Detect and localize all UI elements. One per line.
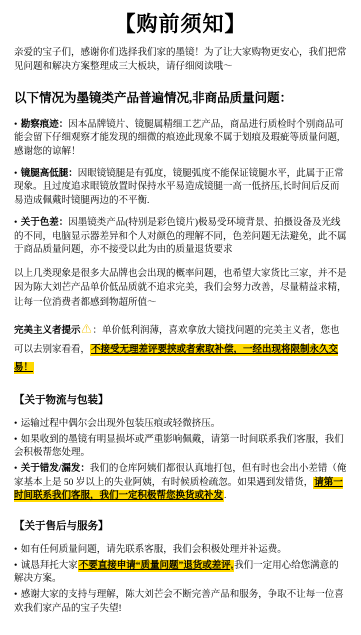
refund-request-highlight: 不要直接申请“质量问题”退货或差评, (78, 560, 234, 572)
bullet-thanks: • 感谢大家的支持与理解，陈大刘芒会不断完善产品和服务，争取不让每一位喜欢我们家… (14, 589, 347, 616)
bullet-suffix: . (224, 491, 226, 501)
bullet-shipping-dents: • 运输过程中偶尔会出现外包装压痕或轻微挤压。 (14, 418, 347, 431)
bullet-text: 如有任何质量问题，请先联系客服，我们会积极处理并补运费。 (21, 545, 287, 555)
warning-icon: ⚠ (81, 325, 93, 336)
logistics-heading: 【关于物流与包装】 (14, 392, 347, 407)
bullet-dot: • (14, 561, 18, 571)
bullet-no-direct-refund: • 诚恳拜托大家不要直接申请“质量问题”退货或差评,我们一定用心给您满意的解决方… (14, 560, 347, 587)
perfectionist-warning: 完美主义者提示⚠：单价低利润薄，喜欢拿放大镜找问题的完美主义者，您也可以去别家看… (14, 321, 347, 378)
bullet-term: 关于色差： (21, 218, 69, 228)
bullet-dot: • (14, 218, 18, 228)
bullet-wrong-shipment: • 关于错发/漏发：我们的仓库阿姨们都很认真地打包，但有时也会出小差错（俺家基本… (14, 463, 347, 503)
bullet-damaged-contact: • 如果收到的墨镜有明显损坏或严重影响佩戴，请第一时间联系我们客服，我们会积极帮… (14, 434, 347, 461)
bullet-dot: • (14, 419, 18, 429)
bullet-dot: • (14, 435, 18, 445)
bullet-text: 如果收到的墨镜有明显损坏或严重影响佩戴，请第一时间联系我们客服，我们会积极帮您处… (14, 435, 344, 458)
perfectionist-lead: 完美主义者提示 (14, 326, 81, 336)
bullet-text: 运输过程中偶尔会出现外包装压痕或轻微挤压。 (21, 419, 221, 429)
bullet-inspection-marks: • 勘察痕迹：因本品牌镜片、镜腿属精细工艺产品，商品进行质检时个别商品可能会留下… (14, 119, 347, 159)
bullet-term: 关于错发/漏发： (21, 464, 90, 474)
brand-note-paragraph: 以上几类现象是很多大品牌也会出现的概率问题，也希望大家货比三家，并不是因为陈大刘… (14, 267, 347, 310)
bullet-color-difference: • 关于色差：因墨镜类产品(特别是彩色镜片)极易受环境背景、拍摄设备及光线的不同… (14, 217, 347, 257)
page-title: 【购前须知】 (14, 8, 347, 38)
bullet-quality-contact: • 如有任何质量问题，请先联系客服，我们会积极处理并补运费。 (14, 544, 347, 557)
after-sales-heading: 【关于售后与服务】 (14, 518, 347, 533)
bullet-term: 勘察痕迹： (21, 120, 69, 130)
bullet-text: 感谢大家的支持与理解，陈大刘芒会不断完善产品和服务，争取不让每一位喜欢我们家产品… (14, 590, 344, 613)
intro-paragraph: 亲爱的宝子们，感谢你们选择我们家的墨镜！为了让大家购物更安心，我们把常见问题和解… (14, 47, 347, 75)
bullet-term: 镜腿高低腿： (21, 169, 78, 179)
bullet-dot: • (14, 464, 18, 474)
common-issues-heading: 以下情况为墨镜类产品普遍情况,非商品质量问题： (14, 88, 347, 106)
bullet-prefix: 诚恳拜托大家 (21, 561, 78, 571)
bullet-dot: • (14, 590, 18, 600)
bullet-dot: • (14, 169, 18, 179)
bullet-dot: • (14, 120, 18, 130)
bullet-temple-height: • 镜腿高低腿：因眼镜镜腿是有弧度，镜腿弧度不能保证镜腿水平，此属于正常现象。且… (14, 168, 347, 208)
purchase-notice-page: 【购前须知】 亲爱的宝子们，感谢你们选择我们家的墨镜！为了让大家购物更安心，我们… (0, 0, 361, 635)
bullet-dot: • (14, 545, 18, 555)
